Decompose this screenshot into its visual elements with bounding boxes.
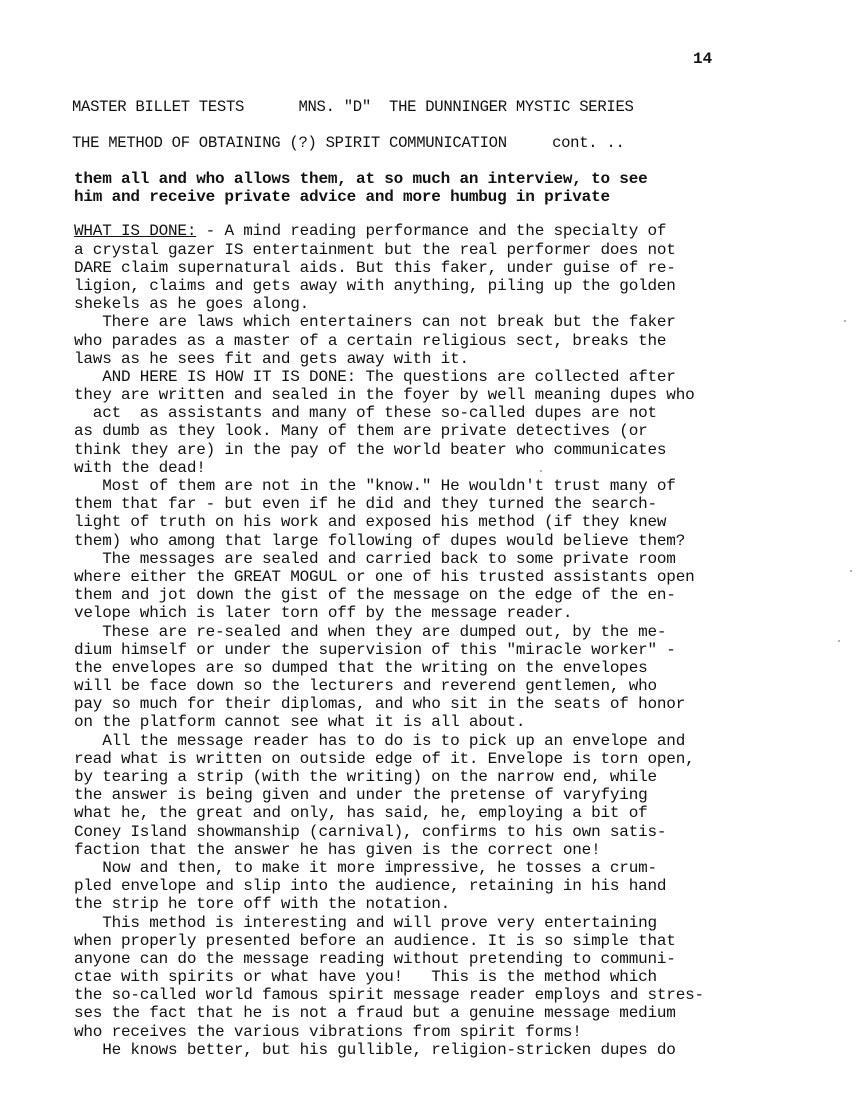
text-line: ses the fact that he is not a fraud but …: [74, 1004, 854, 1022]
scan-speck: [850, 570, 852, 572]
text-line: when properly presented before an audien…: [74, 932, 854, 950]
text-line: laws as he sees fit and gets away with i…: [74, 350, 854, 368]
text-line: them and jot down the gist of the messag…: [74, 586, 854, 604]
text-line: faction that the answer he has given is …: [74, 841, 854, 859]
text-line: the envelopes are so dumped that the wri…: [74, 659, 854, 677]
text-line: with the dead!: [74, 459, 854, 477]
text-line: AND HERE IS HOW IT IS DONE: The question…: [74, 368, 854, 386]
text-line: pay so much for their diplomas, and who …: [74, 695, 854, 713]
text-line: anyone can do the message reading withou…: [74, 950, 854, 968]
section-first-line: WHAT IS DONE: - A mind reading performan…: [74, 222, 854, 240]
text-line: Most of them are not in the "know." He w…: [74, 477, 854, 495]
text-line: All the message reader has to do is to p…: [74, 732, 854, 750]
document-page: 14 MASTER BILLET TESTS MNS. "D" THE DUNN…: [0, 0, 868, 1119]
text-line: the answer is being given and under the …: [74, 786, 854, 804]
text-line: pled envelope and slip into the audience…: [74, 877, 854, 895]
text-line: read what is written on outside edge of …: [74, 750, 854, 768]
text-line: Coney Island showmanship (carnival), con…: [74, 823, 854, 841]
text-line: This method is interesting and will prov…: [74, 914, 854, 932]
text-line: light of truth on his work and exposed h…: [74, 513, 854, 531]
text-line: Now and then, to make it more impressive…: [74, 859, 854, 877]
paragraph-gap: [74, 206, 854, 222]
section-first-line-text: - A mind reading performance and the spe…: [196, 222, 666, 240]
text-line: them that far - but even if he did and t…: [74, 495, 854, 513]
text-line: velope which is later torn off by the me…: [74, 604, 854, 622]
text-line: shekels as he goes along.: [74, 295, 854, 313]
text-line: on the platform cannot see what it is al…: [74, 713, 854, 731]
text-line: ctae with spirits or what have you! This…: [74, 968, 854, 986]
text-line: think they are) in the pay of the world …: [74, 441, 854, 459]
text-line: them all and who allows them, at so much…: [74, 170, 854, 188]
text-line: There are laws which entertainers can no…: [74, 313, 854, 331]
body-text: them all and who allows them, at so much…: [74, 170, 854, 1059]
page-number: 14: [693, 50, 712, 68]
running-header: MASTER BILLET TESTS MNS. "D" THE DUNNING…: [72, 98, 634, 116]
text-line: He knows better, but his gullible, relig…: [74, 1041, 854, 1059]
text-line: what he, the great and only, has said, h…: [74, 804, 854, 822]
text-line: act as assistants and many of these so-c…: [74, 404, 854, 422]
text-line: will be face down so the lecturers and r…: [74, 677, 854, 695]
scan-speck: [844, 320, 846, 322]
text-line: by tearing a strip (with the writing) on…: [74, 768, 854, 786]
text-line: who receives the various vibrations from…: [74, 1023, 854, 1041]
text-line: him and receive private advice and more …: [74, 188, 854, 206]
text-line: where either the GREAT MOGUL or one of h…: [74, 568, 854, 586]
section-heading: WHAT IS DONE:: [74, 222, 196, 240]
text-line: they are written and sealed in the foyer…: [74, 386, 854, 404]
scan-speck: [838, 640, 840, 642]
text-line: a crystal gazer IS entertainment but the…: [74, 241, 854, 259]
scan-speck: [540, 470, 542, 472]
text-line: ligion, claims and gets away with anythi…: [74, 277, 854, 295]
text-line: DARE claim supernatural aids. But this f…: [74, 259, 854, 277]
text-line: them) who among that large following of …: [74, 532, 854, 550]
chapter-title: THE METHOD OF OBTAINING (?) SPIRIT COMMU…: [72, 134, 625, 152]
text-line: the so-called world famous spirit messag…: [74, 986, 854, 1004]
text-line: as dumb as they look. Many of them are p…: [74, 422, 854, 440]
text-line: These are re-sealed and when they are du…: [74, 623, 854, 641]
text-line: The messages are sealed and carried back…: [74, 550, 854, 568]
text-line: the strip he tore off with the notation.: [74, 895, 854, 913]
text-line: dium himself or under the supervision of…: [74, 641, 854, 659]
text-line: who parades as a master of a certain rel…: [74, 332, 854, 350]
